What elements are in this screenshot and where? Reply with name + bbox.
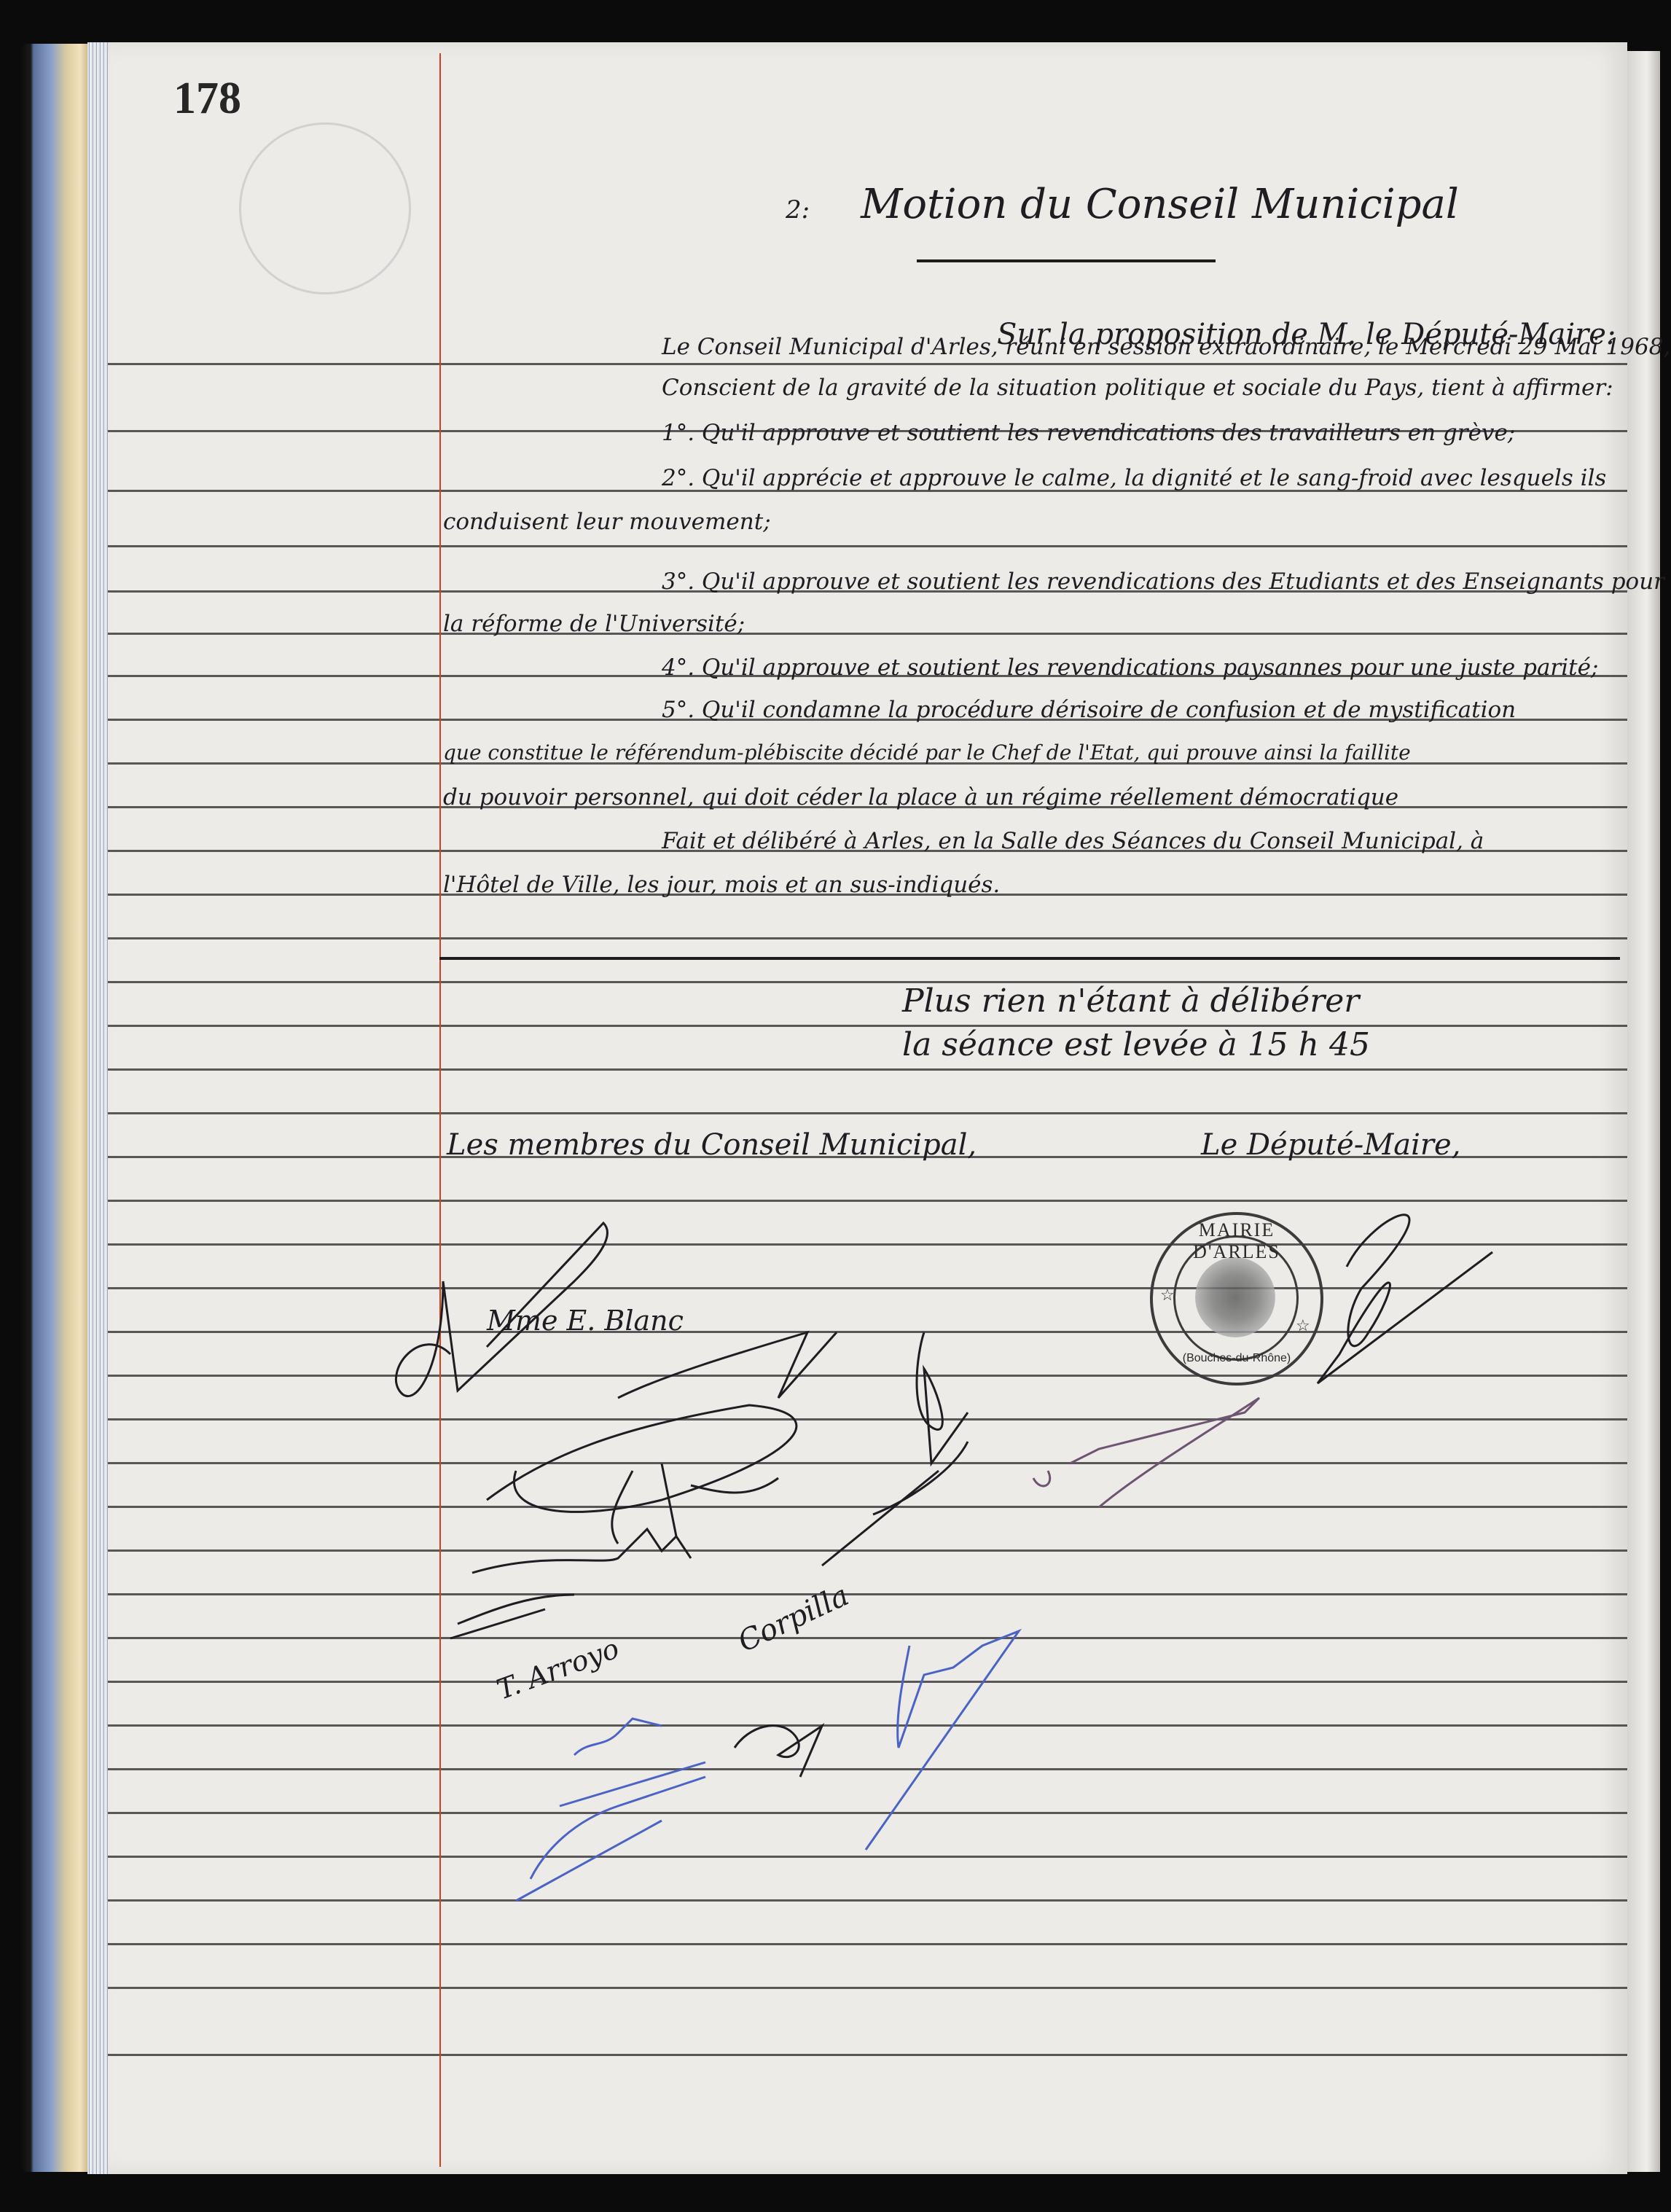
handwritten-signatures <box>108 42 1627 2174</box>
page-stack <box>87 42 109 2174</box>
facing-page-edge <box>1627 51 1660 2172</box>
register-page: 178 2:Motion du Conseil Municipal Sur la… <box>108 42 1627 2174</box>
